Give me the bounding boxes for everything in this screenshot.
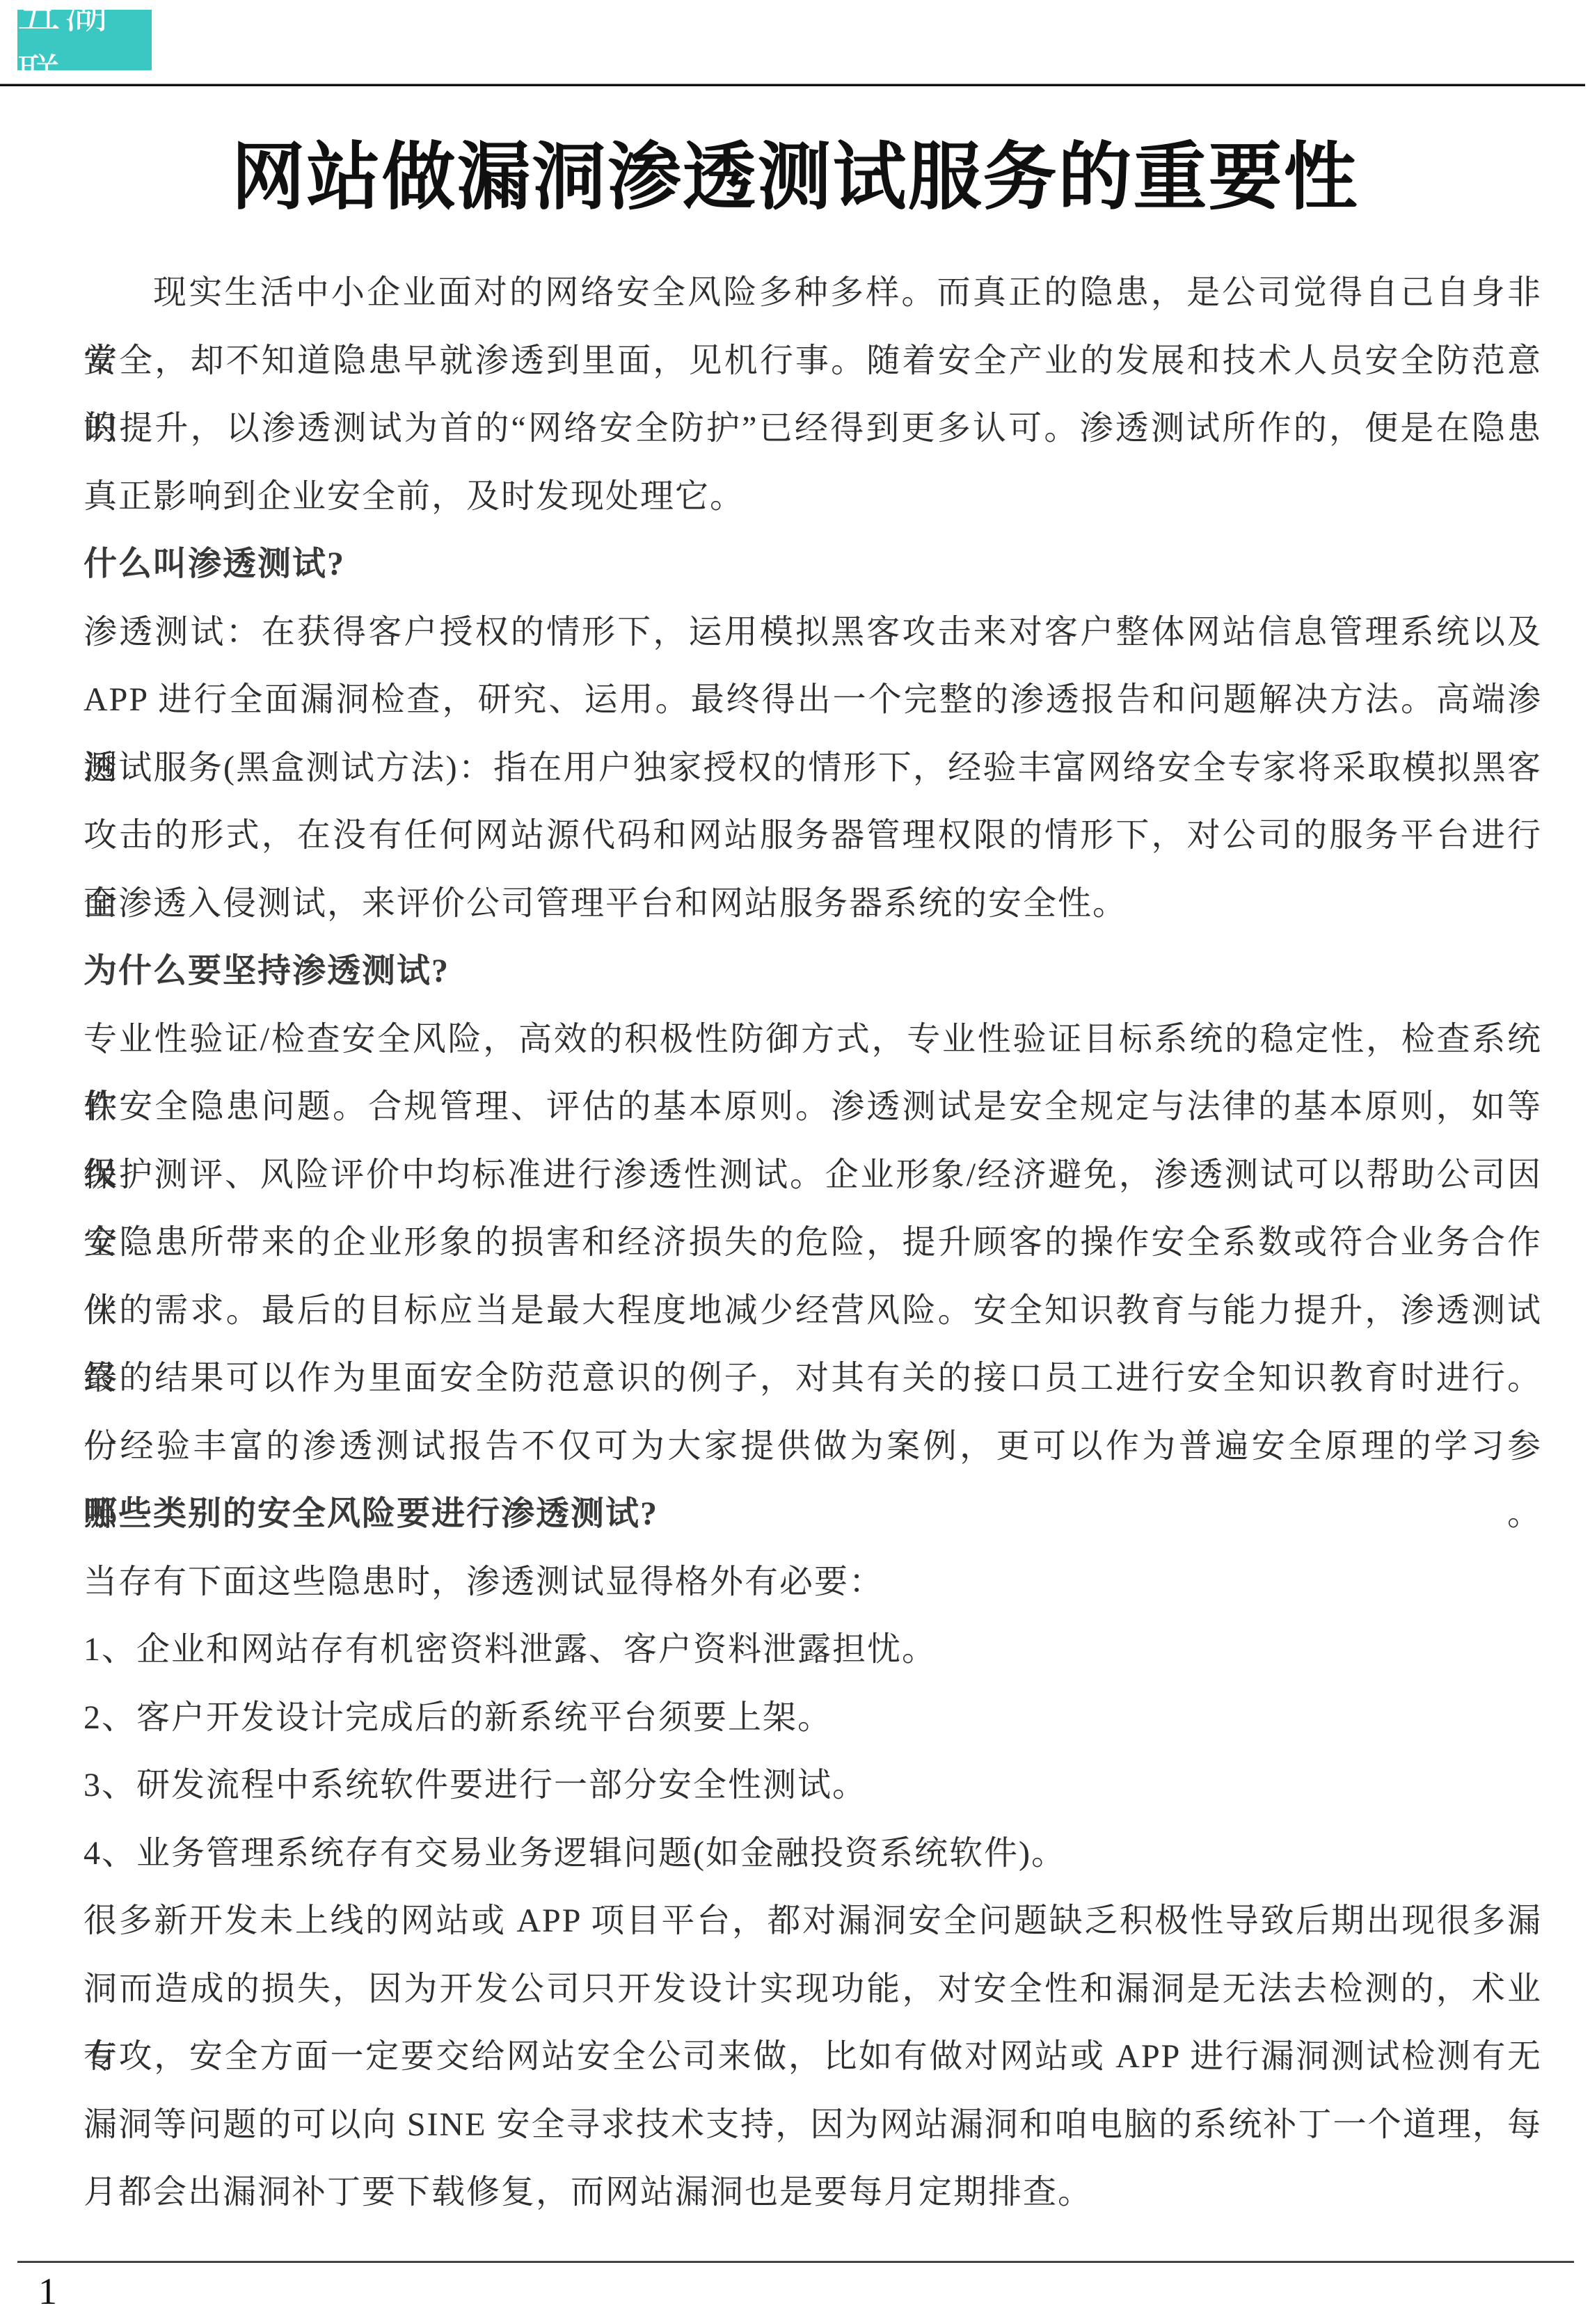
paragraph-line: 当存有下面这些隐患时，渗透测试显得格外有必要： bbox=[84, 1548, 1542, 1616]
page-title: 网站做漏洞渗透测试服务的重要性 bbox=[0, 136, 1590, 220]
paragraph-line: 终的结果可以作为里面安全防范意识的例子，对其有关的接口员工进行安全知识教育时进行… bbox=[84, 1344, 1542, 1412]
paragraph-line: 月都会出漏洞补丁要下载修复，而网站漏洞也是要每月定期排查。 bbox=[84, 2158, 1542, 2227]
paragraph-line: 安全，却不知道隐患早就渗透到里面，见机行事。随着安全产业的发展和技术人员安全防范… bbox=[84, 327, 1542, 395]
document-body: 现实生活中小企业面对的网络安全风险多种多样。而真正的隐患，是公司觉得自己自身非常… bbox=[84, 259, 1542, 2227]
paragraph-line: 的提升，以渗透测试为首的“网络安全防护”已经得到更多认可。渗透测试所作的，便是在… bbox=[84, 395, 1542, 463]
paragraph-line: 面渗透入侵测试，来评价公司管理平台和网站服务器系统的安全性。 bbox=[84, 870, 1542, 938]
paragraph-line: 份经验丰富的渗透测试报告不仅可为大家提供做为案例，更可以作为普遍安全原理的学习参… bbox=[84, 1412, 1542, 1481]
page-number: 1 bbox=[38, 2270, 57, 2313]
paragraph-line: 洞而造成的损失，因为开发公司只开发设计实现功能，对安全性和漏洞是无法去检测的，术… bbox=[84, 1955, 1542, 2023]
logo-badge: 五湖联 bbox=[17, 10, 152, 70]
paragraph-line: 渗透测试：在获得客户授权的情形下，运用模拟黑客攻击来对客户整体网站信息管理系统以… bbox=[84, 598, 1542, 667]
document-page: 五湖联 网站做漏洞渗透测试服务的重要性 现实生活中小企业面对的网络安全风险多种多… bbox=[0, 0, 1590, 2324]
section-heading: 为什么要坚持渗透测试? bbox=[84, 937, 1542, 1005]
footer-rule bbox=[17, 2261, 1574, 2263]
paragraph-line: 专业性验证/检查安全风险，高效的积极性防御方式，专业性验证目标系统的稳定性，检查… bbox=[84, 1005, 1542, 1074]
paragraph-line: APP 进行全面漏洞检查，研究、运用。最终得出一个完整的渗透报告和问题解决方法。… bbox=[84, 666, 1542, 734]
list-item: 3、研发流程中系统软件要进行一部分安全性测试。 bbox=[84, 1751, 1542, 1820]
paragraph-line: 全隐患所带来的企业形象的损害和经济损失的危险，提升顾客的操作安全系数或符合业务合… bbox=[84, 1209, 1542, 1277]
paragraph-line: 很多新开发未上线的网站或 APP 项目平台，都对漏洞安全问题缺乏积极性导致后期出… bbox=[84, 1887, 1542, 1955]
paragraph-line: 件安全隐患问题。合规管理、评估的基本原则。渗透测试是安全规定与法律的基本原则，如… bbox=[84, 1073, 1542, 1141]
paragraph-line: 真正影响到企业安全前，及时发现处理它。 bbox=[84, 463, 1542, 531]
paragraph-line: 漏洞等问题的可以向 SINE 安全寻求技术支持，因为网站漏洞和咱电脑的系统补丁一… bbox=[84, 2091, 1542, 2159]
list-item: 2、客户开发设计完成后的新系统平台须要上架。 bbox=[84, 1684, 1542, 1752]
paragraph-line: 现实生活中小企业面对的网络安全风险多种多样。而真正的隐患，是公司觉得自己自身非常 bbox=[84, 259, 1542, 327]
list-item: 1、企业和网站存有机密资料泄露、客户资料泄露担忧。 bbox=[84, 1616, 1542, 1684]
paragraph-line: 保护测评、风险评价中均标准进行渗透性测试。企业形象/经济避免，渗透测试可以帮助公… bbox=[84, 1141, 1542, 1209]
list-item: 4、业务管理系统存有交易业务逻辑问题(如金融投资系统软件)。 bbox=[84, 1820, 1542, 1888]
header-rule bbox=[0, 83, 1585, 86]
paragraph-line: 测试服务(黑盒测试方法)：指在用户独家授权的情形下，经验丰富网络安全专家将采取模… bbox=[84, 734, 1542, 802]
section-heading: 什么叫渗透测试? bbox=[84, 530, 1542, 598]
paragraph-line: 攻击的形式，在没有任何网站源代码和网站服务器管理权限的情形下，对公司的服务平台进… bbox=[84, 802, 1542, 870]
paragraph-line: 伴的需求。最后的目标应当是最大程度地减少经营风险。安全知识教育与能力提升，渗透测… bbox=[84, 1277, 1542, 1345]
paragraph-line: 专攻，安全方面一定要交给网站安全公司来做，比如有做对网站或 APP 进行漏洞测试… bbox=[84, 2023, 1542, 2091]
